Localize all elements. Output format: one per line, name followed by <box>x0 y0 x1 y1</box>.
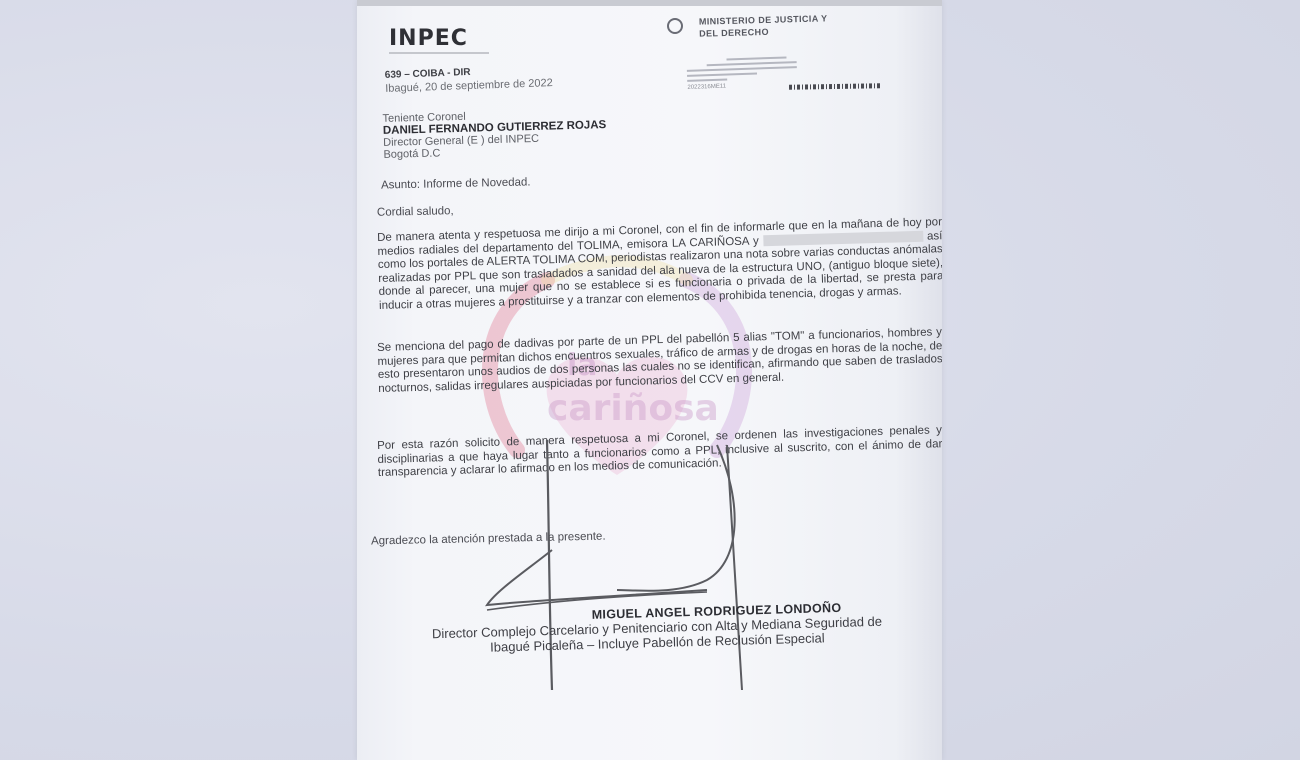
reference-block: 639 – COIBA - DIR Ibagué, 20 de septiemb… <box>385 63 553 96</box>
closing-line: Agradezco la atención prestada a la pres… <box>371 531 606 549</box>
paragraph-2-text: Se menciona del pago de dadivas por part… <box>377 326 942 396</box>
ministry-header: MINISTERIO DE JUSTICIA Y DEL DERECHO <box>699 12 828 39</box>
greeting: Cordial saludo, <box>377 205 454 220</box>
stamp-code: 2022316ME11 <box>687 81 797 91</box>
letter-page: INPEC MINISTERIO DE JUSTICIA Y DEL DEREC… <box>357 0 942 760</box>
ministry-line-2: DEL DERECHO <box>699 24 828 39</box>
inpec-logo: INPEC <box>389 26 468 51</box>
svg-text:cariñosa: cariñosa <box>547 388 719 429</box>
handwritten-signature <box>457 440 757 700</box>
filing-stamp: 2022316ME11 <box>686 56 797 91</box>
body-paragraph-2: Se menciona del pago de dadivas por part… <box>377 326 942 396</box>
subject-line: Asunto: Informe de Novedad. <box>381 176 531 193</box>
coat-of-arms-icon <box>667 18 683 34</box>
page-top-edge <box>357 0 942 6</box>
body-paragraph-3: Por esta razón solicito de manera respet… <box>377 424 942 480</box>
addressee-block: Teniente Coronel DANIEL FERNANDO GUTIERR… <box>382 107 607 161</box>
barcode <box>789 83 881 90</box>
signature-block: MIGUEL ANGEL RODRIGUEZ LONDOÑO Director … <box>376 598 937 658</box>
paragraph-3-text: Por esta razón solicito de manera respet… <box>377 424 942 480</box>
body-paragraph-1: De manera atenta y respetuosa me dirijo … <box>377 216 942 313</box>
inpec-logo-subtitle <box>389 52 489 54</box>
